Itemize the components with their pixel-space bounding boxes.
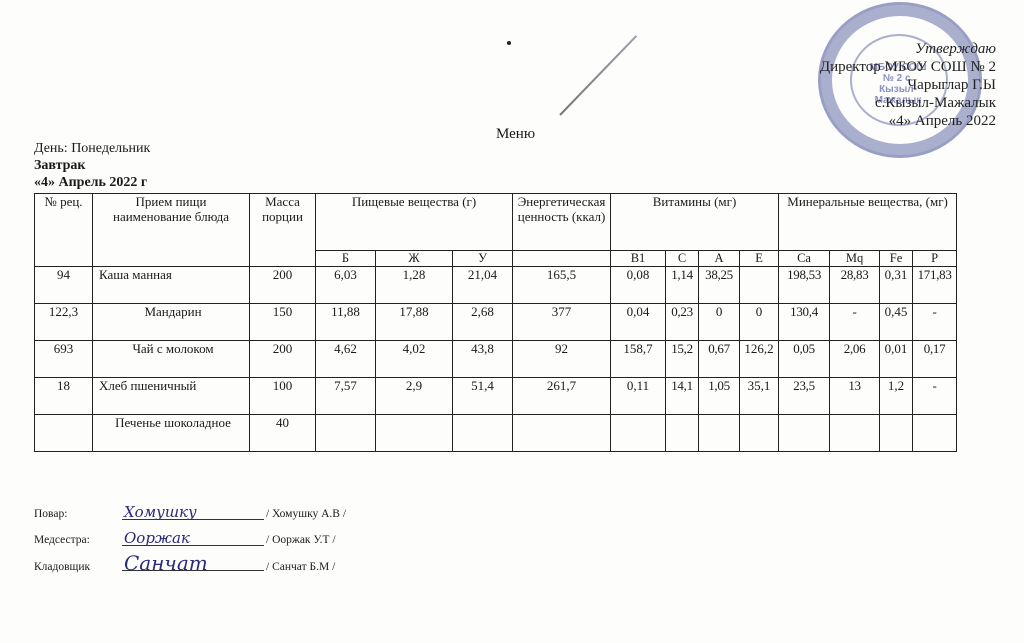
- signature-line: Повар:Хомушку/ Хомушку А.В /: [34, 505, 346, 520]
- cell-fe: 0,31: [880, 267, 913, 304]
- table-row: 94Каша манная2006,031,2821,04165,50,081,…: [35, 267, 957, 304]
- table-row: 122,3Мандарин15011,8817,882,683770,040,2…: [35, 304, 957, 341]
- approval-line: Чарыглар Г.Ы: [820, 76, 996, 94]
- handwritten-signature: Ооржак: [122, 531, 264, 546]
- cell-mass: 200: [250, 267, 316, 304]
- cell-fe: 1,2: [880, 378, 913, 415]
- cell-p: 0,17: [913, 341, 957, 378]
- cell-a: 38,25: [699, 267, 740, 304]
- cell-fe: 0,01: [880, 341, 913, 378]
- signature-line: КладовщикСанчат/ Санчат Б.М /: [34, 556, 335, 573]
- cell-mass: 100: [250, 378, 316, 415]
- subheader-ca: Ca: [779, 251, 830, 267]
- header-row: № рец. Прием пищи наименование блюда Мас…: [35, 194, 957, 251]
- cell-c: 14,1: [666, 378, 699, 415]
- cell-mass: 40: [250, 415, 316, 452]
- ink-dot: [507, 41, 511, 45]
- pen-stroke: [559, 35, 637, 116]
- document-title: Меню: [496, 126, 535, 143]
- cell-b1: [611, 415, 666, 452]
- header-dish: Прием пищи наименование блюда: [93, 194, 250, 267]
- cell-dish: Мандарин: [93, 304, 250, 341]
- cell-b1: 0,08: [611, 267, 666, 304]
- cell-recipe-no: 94: [35, 267, 93, 304]
- cell-mass: 150: [250, 304, 316, 341]
- header-recipe-no: № рец.: [35, 194, 93, 267]
- cell-mass: 200: [250, 341, 316, 378]
- cell-zh: 1,28: [376, 267, 453, 304]
- cell-dish: Печенье шоколадное: [93, 415, 250, 452]
- cell-b: 7,57: [316, 378, 376, 415]
- cell-ca: 0,05: [779, 341, 830, 378]
- cell-ca: 23,5: [779, 378, 830, 415]
- approval-block: Утверждаю Директор МБОУ СОШ № 2 Чарыглар…: [820, 40, 996, 130]
- approval-line: «4» Апрель 2022: [820, 112, 996, 130]
- day-label: День: Понедельник: [34, 141, 150, 157]
- cell-energy: 92: [513, 341, 611, 378]
- header-energy: Энергетическая ценность (ккал): [513, 194, 611, 251]
- cell-energy: [513, 415, 611, 452]
- menu-table: № рец. Прием пищи наименование блюда Мас…: [34, 193, 957, 452]
- cell-p: 171,83: [913, 267, 957, 304]
- cell-c: 0,23: [666, 304, 699, 341]
- signature-name: / Санчат Б.М /: [266, 561, 335, 573]
- subheader-u: У: [453, 251, 513, 267]
- signature-line: Медсестра:Ооржак/ Ооржак У.Т /: [34, 531, 336, 546]
- cell-a: 0: [699, 304, 740, 341]
- handwritten-signature: Хомушку: [122, 505, 264, 520]
- table-row: Печенье шоколадное40: [35, 415, 957, 452]
- cell-b: 6,03: [316, 267, 376, 304]
- subheader-energy-blank: [513, 251, 611, 267]
- cell-b1: 0,11: [611, 378, 666, 415]
- cell-e: 35,1: [740, 378, 779, 415]
- cell-zh: 17,88: [376, 304, 453, 341]
- cell-c: [666, 415, 699, 452]
- cell-a: [699, 415, 740, 452]
- signature-name: / Хомушку А.В /: [266, 508, 346, 520]
- header-nutrients: Пищевые вещества (г): [316, 194, 513, 251]
- cell-e: 0: [740, 304, 779, 341]
- signature-name: / Ооржак У.Т /: [266, 534, 336, 546]
- cell-zh: 2,9: [376, 378, 453, 415]
- signature-role: Медсестра:: [34, 534, 122, 546]
- cell-dish: Хлеб пшеничный: [93, 378, 250, 415]
- cell-u: 43,8: [453, 341, 513, 378]
- cell-recipe-no: 18: [35, 378, 93, 415]
- header-mass: Масса порции: [250, 194, 316, 267]
- date-label: «4» Апрель 2022 г: [34, 175, 147, 191]
- cell-recipe-no: 122,3: [35, 304, 93, 341]
- table-row: 693Чай с молоком2004,624,0243,892158,715…: [35, 341, 957, 378]
- cell-fe: [880, 415, 913, 452]
- handwritten-signature: Санчат: [122, 556, 264, 571]
- cell-a: 0,67: [699, 341, 740, 378]
- cell-b: [316, 415, 376, 452]
- subheader-mq: Mq: [830, 251, 880, 267]
- cell-zh: 4,02: [376, 341, 453, 378]
- subheader-b1: B1: [611, 251, 666, 267]
- cell-b: 4,62: [316, 341, 376, 378]
- cell-c: 1,14: [666, 267, 699, 304]
- cell-energy: 261,7: [513, 378, 611, 415]
- subheader-p: P: [913, 251, 957, 267]
- subheader-c: C: [666, 251, 699, 267]
- cell-e: [740, 415, 779, 452]
- approval-line: Директор МБОУ СОШ № 2: [820, 58, 996, 76]
- cell-e: 126,2: [740, 341, 779, 378]
- cell-b1: 158,7: [611, 341, 666, 378]
- subheader-fe: Fe: [880, 251, 913, 267]
- cell-u: 51,4: [453, 378, 513, 415]
- cell-a: 1,05: [699, 378, 740, 415]
- cell-mq: [830, 415, 880, 452]
- header-vitamins: Витамины (мг): [611, 194, 779, 251]
- cell-mq: 28,83: [830, 267, 880, 304]
- cell-mq: 13: [830, 378, 880, 415]
- signature-role: Кладовщик: [34, 561, 122, 573]
- cell-p: -: [913, 378, 957, 415]
- cell-recipe-no: [35, 415, 93, 452]
- cell-ca: 130,4: [779, 304, 830, 341]
- subheader-zh: Ж: [376, 251, 453, 267]
- approval-line: с.Кызыл-Мажалык: [820, 94, 996, 112]
- cell-u: [453, 415, 513, 452]
- cell-mq: 2,06: [830, 341, 880, 378]
- cell-u: 2,68: [453, 304, 513, 341]
- cell-zh: [376, 415, 453, 452]
- cell-p: -: [913, 304, 957, 341]
- cell-recipe-no: 693: [35, 341, 93, 378]
- cell-mq: -: [830, 304, 880, 341]
- signature-role: Повар:: [34, 508, 122, 520]
- cell-fe: 0,45: [880, 304, 913, 341]
- cell-ca: 198,53: [779, 267, 830, 304]
- cell-e: [740, 267, 779, 304]
- header-minerals: Минеральные вещества, (мг): [779, 194, 957, 251]
- subheader-b: Б: [316, 251, 376, 267]
- cell-p: [913, 415, 957, 452]
- cell-dish: Чай с молоком: [93, 341, 250, 378]
- approval-line: Утверждаю: [820, 40, 996, 58]
- cell-u: 21,04: [453, 267, 513, 304]
- cell-dish: Каша манная: [93, 267, 250, 304]
- cell-energy: 165,5: [513, 267, 611, 304]
- table-row: 18Хлеб пшеничный1007,572,951,4261,70,111…: [35, 378, 957, 415]
- cell-c: 15,2: [666, 341, 699, 378]
- subheader-a: A: [699, 251, 740, 267]
- cell-b1: 0,04: [611, 304, 666, 341]
- cell-b: 11,88: [316, 304, 376, 341]
- meal-label: Завтрак: [34, 158, 86, 174]
- cell-ca: [779, 415, 830, 452]
- cell-energy: 377: [513, 304, 611, 341]
- subheader-e: E: [740, 251, 779, 267]
